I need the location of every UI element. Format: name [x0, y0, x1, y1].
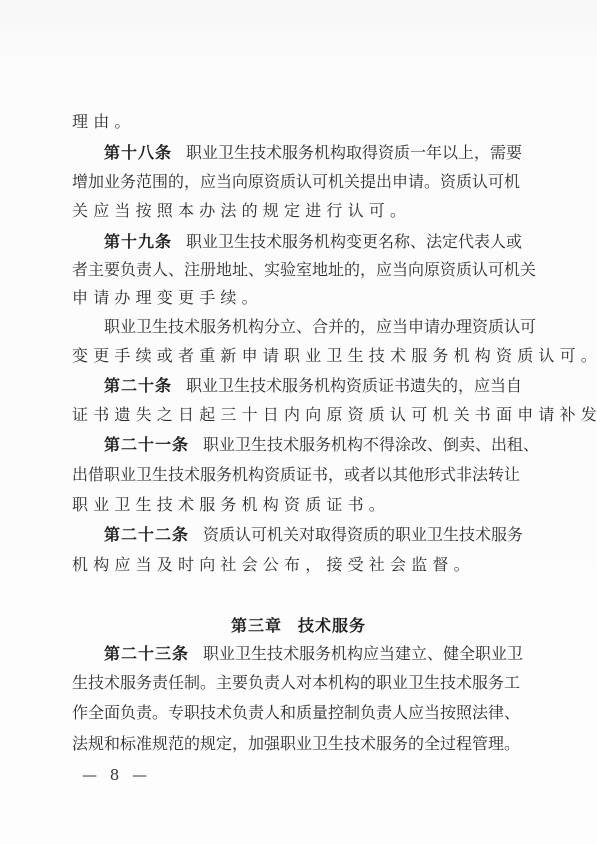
article-21: 第二十一条职业卫生技术服务机构不得涂改、倒卖、出租、: [104, 434, 510, 456]
text-line: 法规和标准规范的规定，加强职业卫生技术服务的全过程管理。: [72, 733, 510, 755]
text-line: 机构应当及时向社会公布，接受社会监督。: [72, 554, 510, 576]
article-text: 职业卫生技术服务机构资质证书遗失的，应当自: [186, 376, 522, 395]
article-text: 职业卫生技术服务机构应当建立、健全职业卫: [203, 644, 523, 663]
text-line: 职业卫生技术服务机构分立、合并的，应当申请办理资质认可: [104, 316, 510, 338]
text-line: 理由。: [72, 111, 510, 133]
article-title: 第二十条: [104, 376, 172, 395]
text-line: 变更手续或者重新申请职业卫生技术服务机构资质认可。: [72, 345, 510, 367]
text-line: 申请办理变更手续。: [72, 287, 510, 309]
text-line: 增加业务范围的，应当向原资质认可机关提出申请。资质认可机: [72, 171, 510, 193]
article-title: 第十九条: [104, 232, 172, 251]
article-title: 第二十二条: [104, 525, 189, 544]
article-text: 资质认可机关对取得资质的职业卫生技术服务: [203, 525, 523, 544]
article-text: 职业卫生技术服务机构取得资质一年以上，需要: [186, 143, 522, 162]
article-text: 职业卫生技术服务机构变更名称、法定代表人或: [186, 232, 522, 251]
page-number: — 8 —: [82, 765, 151, 785]
text-line: 者主要负责人、注册地址、实验室地址的，应当向原资质认可机关: [72, 259, 510, 281]
article-title: 第二十三条: [104, 644, 189, 663]
article-20: 第二十条职业卫生技术服务机构资质证书遗失的，应当自: [104, 375, 510, 397]
text-line: 职业卫生技术服务机构资质证书。: [72, 494, 510, 516]
article-title: 第二十一条: [104, 435, 189, 454]
article-19: 第十九条职业卫生技术服务机构变更名称、法定代表人或: [104, 231, 510, 253]
article-text: 职业卫生技术服务机构不得涂改、倒卖、出租、: [203, 435, 539, 454]
chapter-title: 技术服务: [298, 616, 366, 635]
article-title: 第十八条: [104, 143, 172, 162]
chapter-number: 第三章: [231, 616, 282, 635]
article-22: 第二十二条资质认可机关对取得资质的职业卫生技术服务: [104, 524, 510, 546]
text-line: 作全面负责。专职技术负责人和质量控制负责人应当按照法律、: [72, 702, 510, 724]
document-page: 理由。 第十八条职业卫生技术服务机构取得资质一年以上，需要 增加业务范围的，应当…: [0, 0, 597, 844]
text-line: 关应当按照本办法的规定进行认可。: [72, 200, 510, 222]
text-line: 生技术服务责任制。主要负责人对本机构的职业卫生技术服务工: [72, 672, 510, 694]
chapter-heading: 第三章技术服务: [0, 615, 597, 637]
text-line: 证书遗失之日起三十日内向原资质认可机关书面申请补发。: [72, 404, 510, 426]
article-23: 第二十三条职业卫生技术服务机构应当建立、健全职业卫: [104, 643, 510, 665]
text-line: 出借职业卫生技术服务机构资质证书，或者以其他形式非法转让: [72, 464, 510, 486]
article-18: 第十八条职业卫生技术服务机构取得资质一年以上，需要: [104, 142, 510, 164]
